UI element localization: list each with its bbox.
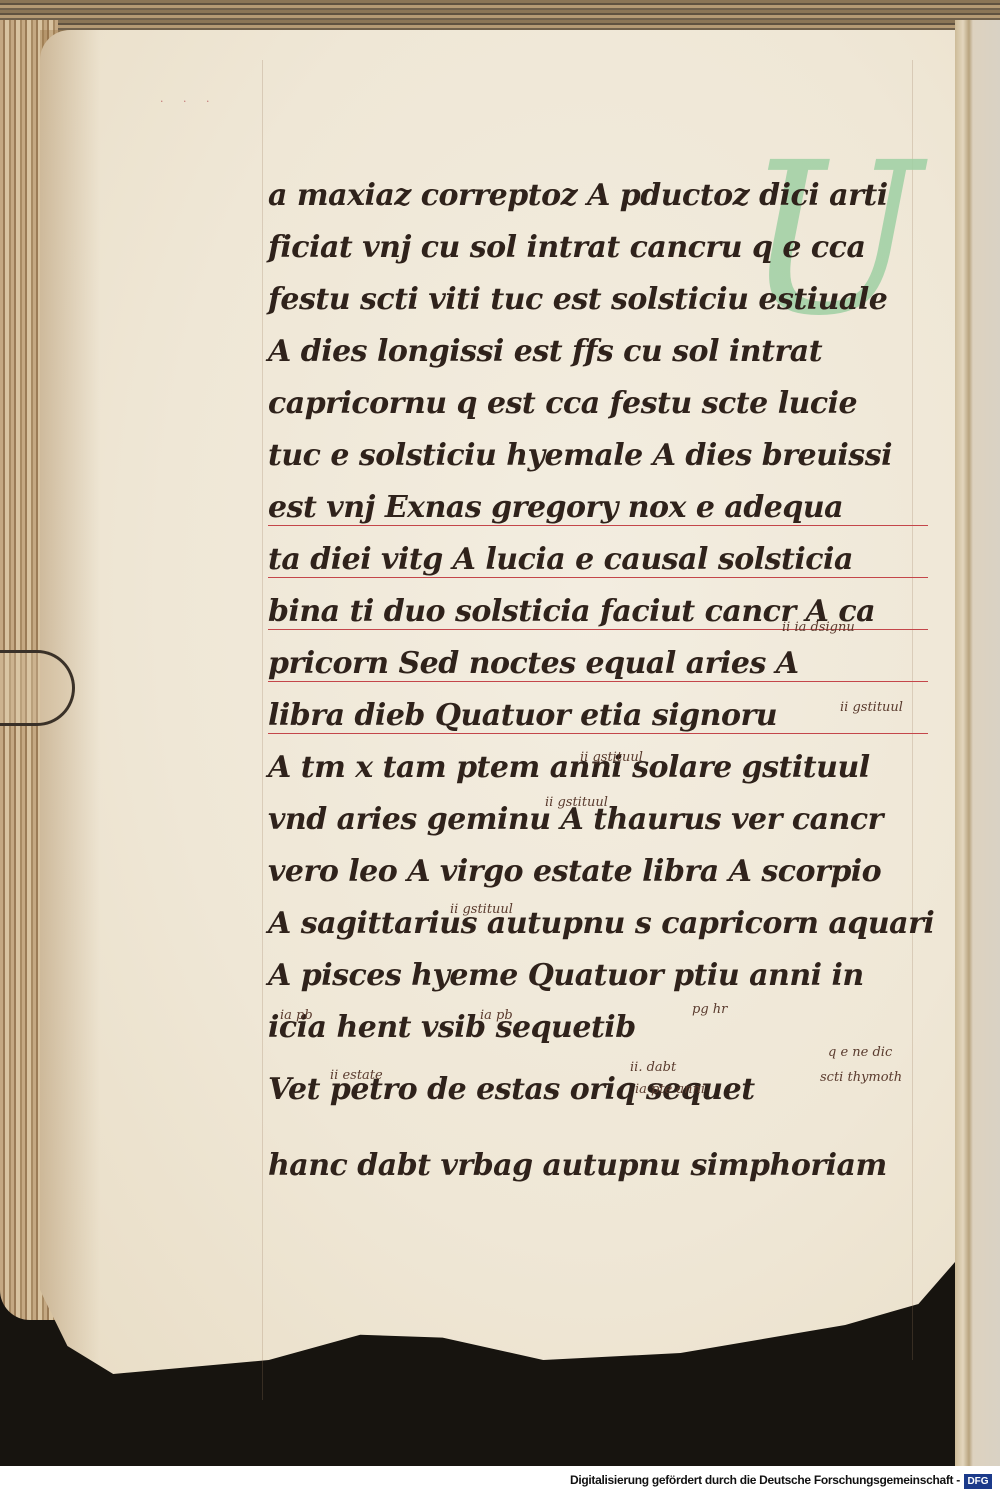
dfg-logo-icon: DFG: [964, 1474, 992, 1489]
text-line: vnd aries geminu A thaurus ver cancr: [268, 794, 948, 846]
text-line: A sagittarius autupnu s capricorn aquari: [268, 898, 948, 950]
text-line: festu scti viti tuc est solsticiu estiua…: [268, 274, 948, 326]
text-line: capricornu q est cca festu scte lucie: [268, 378, 948, 430]
interlinear-gloss: ii. dabt: [630, 1060, 676, 1075]
interlinear-gloss: ia pb: [480, 1008, 513, 1023]
manuscript-scan: Sep The vn qu hie Volt Vet ce Fes Faca ·…: [0, 0, 1000, 1466]
text-line-underlined: est vnj Exnas gregory nox e adequa: [268, 482, 948, 534]
dfg-credit-text: Digitalisierung gefördert durch die Deut…: [570, 1473, 960, 1487]
text-line-underlined: ta diei vitg A lucia e causal solsticia: [268, 534, 948, 586]
manuscript-text-block: a maxiaz correptoz A pductoz dici arti f…: [268, 170, 948, 1192]
text-line: vero leo A virgo estate libra A scorpio: [268, 846, 948, 898]
text-line: a maxiaz correptoz A pductoz dici arti: [268, 170, 948, 222]
text-line-underlined: libra dieb Quatuor etia signoru: [268, 690, 948, 742]
text-line: tuc e solsticiu hyemale A dies breuissi: [268, 430, 948, 482]
book-clasp: [0, 650, 75, 726]
interlinear-gloss: ii estate: [330, 1068, 383, 1083]
interlinear-gloss: scti thymoth: [820, 1070, 902, 1085]
interlinear-gloss: ia pb: [280, 1008, 313, 1023]
interlinear-gloss: ii gstituul: [450, 902, 513, 917]
interlinear-gloss: ii gstituul: [580, 750, 643, 765]
interlinear-gloss: q e ne dic: [828, 1045, 892, 1060]
verse-line: hanc dabt vrbag autupnu simphoriam: [268, 1140, 948, 1192]
interlinear-gloss: ia pte anni: [635, 1082, 705, 1097]
interlinear-gloss: pg hr: [692, 1002, 727, 1017]
ruling-line-left: [262, 60, 263, 1400]
text-line: ficiat vnj cu sol intrat cancru q e cca: [268, 222, 948, 274]
text-line: A pisces hyeme Quatuor ptiu anni in: [268, 950, 948, 1002]
page-mark: · · ·: [160, 95, 217, 108]
text-line: A dies longissi est ffs cu sol intrat: [268, 326, 948, 378]
text-line-underlined: pricorn Sed noctes equal aries A: [268, 638, 948, 690]
interlinear-gloss: ii ia dsignu: [782, 620, 855, 635]
digitization-footer: Digitalisierung gefördert durch die Deut…: [0, 1466, 1000, 1496]
facing-page-strip: Sep The vn qu hie Volt Vet ce Fes Faca: [955, 20, 1000, 1466]
interlinear-gloss: ii gstituul: [545, 795, 608, 810]
interlinear-gloss: ii gstituul: [840, 700, 903, 715]
